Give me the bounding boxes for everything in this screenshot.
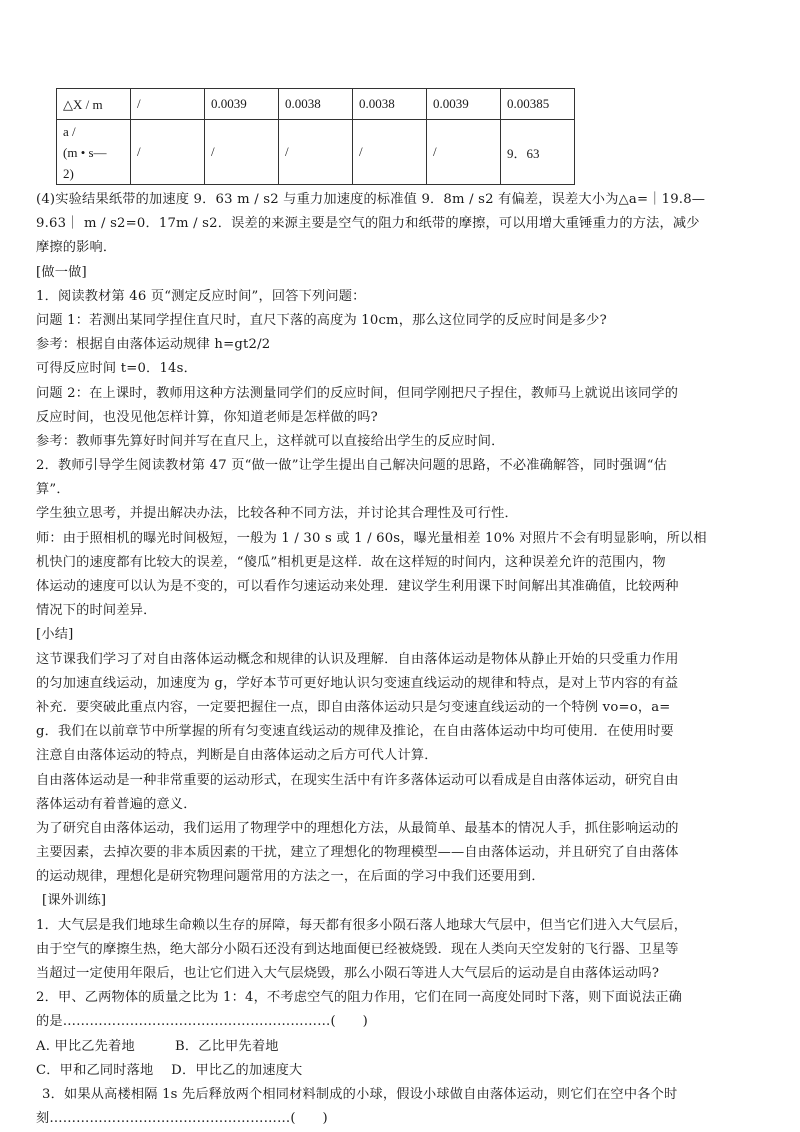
table-cell: 0.0038 bbox=[279, 89, 353, 120]
table-cell: 0.0039 bbox=[427, 89, 501, 120]
text-line: 问题 1：若测出某同学捏住直尺时，直尺下落的高度为 10cm，那么这位同学的反应… bbox=[36, 309, 764, 333]
text-line: 2．甲、乙两物体的质量之比为 1：4，不考虑空气的阻力作用，它们在同一高度处同时… bbox=[36, 986, 764, 1010]
text-line: 反应时间，也没见他怎样计算，你知道老师是怎样做的吗? bbox=[36, 406, 764, 430]
text-line: 补充．要突破此重点内容，一定要把握住一点，即自由落体运动只是匀变速直线运动的一个… bbox=[36, 696, 764, 720]
body-text: (4)实验结果纸带的加速度 9．63 m / s2 与重力加速度的标准值 9．8… bbox=[36, 188, 764, 1131]
text-line: 2．教师引导学生阅读教材第 47 页“做一做”让学生提出自己解决问题的思路，不必… bbox=[36, 454, 764, 478]
text-line: 9.63｜ m / s2=0．17m / s2．误差的来源主要是空气的阻力和纸带… bbox=[36, 212, 764, 236]
table-cell: / bbox=[279, 120, 353, 185]
text-line: 注意自由落体运动的特点，判断是自由落体运动之后方可代人计算． bbox=[36, 744, 764, 768]
text-line: 这节课我们学习了对自由落体运动概念和规律的认识及理解．自由落体运动是物体从静止开… bbox=[36, 648, 764, 672]
text-line: 体运动的速度可以认为是不变的，可以看作匀速运动来处理．建议学生利用课下时间解出其… bbox=[36, 575, 764, 599]
text-line: 落体运动有着普遍的意义． bbox=[36, 793, 764, 817]
answer-options-ab: A. 甲比乙先着地 B．乙比甲先着地 bbox=[36, 1035, 764, 1059]
text-line: 为了研究自由落体运动，我们运用了物理学中的理想化方法，从最简单、最基本的情况人手… bbox=[36, 817, 764, 841]
text-line: 主要因素，去掉次要的非本质因素的干扰，建立了理想化的物理模型——自由落体运动，并… bbox=[36, 841, 764, 865]
text-line: 的匀加速直线运动，加速度为 g，学好本节可更好地认识匀变速直线运动的规律和特点，… bbox=[36, 672, 764, 696]
table-cell: 0.0038 bbox=[353, 89, 427, 120]
section-heading-exercises: [课外训练] bbox=[36, 889, 764, 913]
text-line: 参考：教师事先算好时间并写在直尺上，这样就可以直接给出学生的反应时间． bbox=[36, 430, 764, 454]
table-row-acceleration: a / (m • s— 2) / / / / / 9．63 bbox=[57, 120, 575, 185]
text-line: 问题 2：在上课时，教师用这种方法测量同学们的反应时间，但同学刚把尺子捏住，教师… bbox=[36, 382, 764, 406]
text-line: 机快门的速度都有比较大的误差，“傻瓜”相机更是这样．故在这样短的时间内，这种误差… bbox=[36, 551, 764, 575]
text-line: 3．如果从高楼相隔 1s 先后释放两个相同材料制成的小球，假设小球做自由落体运动… bbox=[36, 1083, 764, 1107]
table-cell: / bbox=[131, 120, 205, 185]
table-cell: / bbox=[205, 120, 279, 185]
table-cell: / bbox=[353, 120, 427, 185]
text-line: 可得反应时间 t=0．14s． bbox=[36, 357, 764, 381]
text-line: 自由落体运动是一种非常重要的运动形式，在现实生活中有许多落体运动可以看成是自由落… bbox=[36, 769, 764, 793]
table-row-dx: △X / m / 0.0039 0.0038 0.0038 0.0039 0.0… bbox=[57, 89, 575, 120]
label-line: (m • s— bbox=[63, 142, 130, 163]
answer-options-cd: C．甲和乙同时落地 D．甲比乙的加速度大 bbox=[36, 1059, 764, 1083]
label-line: 2) bbox=[63, 163, 130, 184]
measurement-table: △X / m / 0.0039 0.0038 0.0038 0.0039 0.0… bbox=[56, 88, 575, 185]
text-line: 当超过一定使用年限后，也让它们进入大气层烧毁，那么小陨石等进人大气层后的运动是自… bbox=[36, 962, 764, 986]
text-line: 学生独立思考，并提出解决办法，比较各种不同方法，并讨论其合理性及可行性． bbox=[36, 502, 764, 526]
section-heading-do-it: [做一做] bbox=[36, 261, 764, 285]
table-cell: / bbox=[131, 89, 205, 120]
table-row-label: △X / m bbox=[57, 89, 131, 120]
table-cell: 9．63 bbox=[501, 120, 575, 185]
text-line: (4)实验结果纸带的加速度 9．63 m / s2 与重力加速度的标准值 9．8… bbox=[36, 188, 764, 212]
section-heading-summary: [小结] bbox=[36, 623, 764, 647]
table-cell: / bbox=[427, 120, 501, 185]
text-line: 师：由于照相机的曝光时间极短，一般为 1 / 30 s 或 1 / 60s，曝光… bbox=[36, 527, 764, 551]
text-line: 的运动规律，理想化是研究物理问题常用的方法之一，在后面的学习中我们还要用到． bbox=[36, 865, 764, 889]
text-line: 摩擦的影响． bbox=[36, 236, 764, 260]
table-cell: 0.00385 bbox=[501, 89, 575, 120]
text-line: 由于空气的摩擦生热，绝大部分小陨石还没有到达地面便已经被烧毁．现在人类向天空发射… bbox=[36, 938, 764, 962]
text-line: 刻………………………………………………( ) bbox=[36, 1107, 764, 1131]
text-line: 参考：根据自由落体运动规律 h=gt2/2 bbox=[36, 333, 764, 357]
text-line: 1．阅读教材第 46 页“测定反应时间”，回答下列问题： bbox=[36, 285, 764, 309]
text-line: 的是……………………………………………………( ) bbox=[36, 1010, 764, 1034]
table-row-label: a / (m • s— 2) bbox=[57, 120, 131, 185]
document-page: △X / m / 0.0039 0.0038 0.0038 0.0039 0.0… bbox=[0, 0, 800, 1132]
label-line: a / bbox=[63, 121, 130, 142]
table-cell: 0.0039 bbox=[205, 89, 279, 120]
text-line: 1．大气层是我们地球生命赖以生存的屏障，每天都有很多小陨石落人地球大气层中，但当… bbox=[36, 914, 764, 938]
text-line: 情况下的时间差异． bbox=[36, 599, 764, 623]
text-line: 算”． bbox=[36, 478, 764, 502]
text-line: g．我们在以前章节中所掌握的所有匀变速直线运动的规律及推论，在自由落体运动中均可… bbox=[36, 720, 764, 744]
